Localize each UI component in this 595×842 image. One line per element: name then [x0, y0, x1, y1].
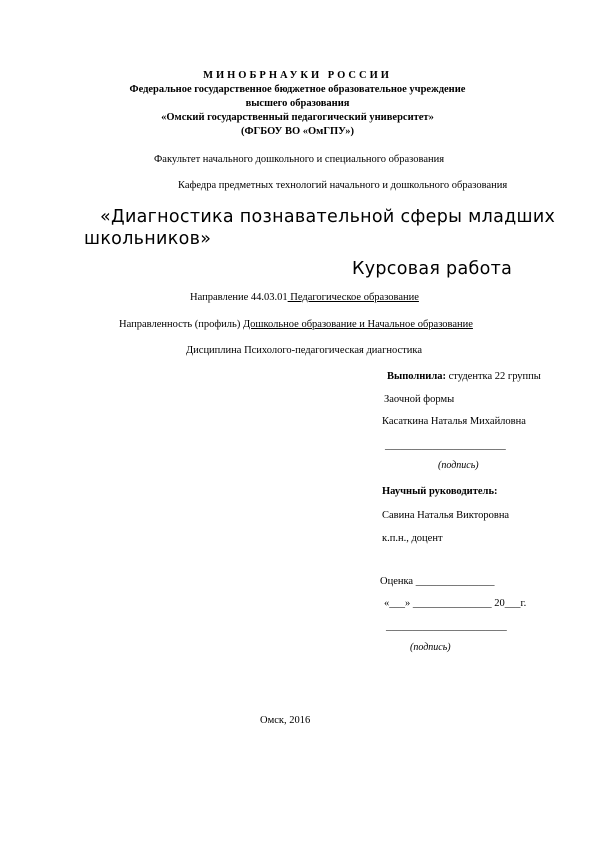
student-name: Касаткина Наталья Михайловна: [382, 416, 526, 428]
grade-line: Оценка _______________: [380, 576, 494, 588]
work-type: Курсовая работа: [352, 258, 512, 280]
faculty-name: Факультет начального дошкольного и специ…: [154, 154, 444, 166]
grader-signature-caption: (подпись): [410, 642, 451, 654]
direction-line: Направление 44.03.01 Педагогическое обра…: [190, 292, 419, 304]
profile-label: Направленность (профиль): [119, 319, 243, 330]
department-name: Кафедра предметных технологий начального…: [178, 180, 507, 192]
grade-label: Оценка: [380, 576, 416, 587]
university-abbr: (ФГБОУ ВО «ОмГПУ»): [0, 126, 595, 138]
direction-value: Педагогическое образование: [288, 292, 419, 303]
grade-blank: _______________: [416, 576, 495, 587]
university-name: «Омский государственный педагогический у…: [0, 112, 595, 124]
institution-type: Федеральное государственное бюджетное об…: [0, 84, 595, 96]
city-year: Омск, 2016: [260, 715, 310, 727]
date-line: «___» _______________ 20___г.: [384, 598, 526, 610]
grader-signature-line: _______________________: [386, 621, 507, 633]
profile-line: Направленность (профиль) Дошкольное обра…: [119, 319, 473, 331]
document-page: МИНОБРНАУКИ РОССИИ Федеральное государст…: [0, 0, 595, 842]
institution-level: высшего образования: [0, 98, 595, 110]
student-line: Выполнила: студентка 22 группы: [387, 371, 541, 383]
ministry-heading: МИНОБРНАУКИ РОССИИ: [0, 70, 595, 82]
supervisor-degree: к.п.н., доцент: [382, 533, 443, 545]
supervisor-name: Савина Наталья Викторовна: [382, 510, 509, 522]
profile-value: Дошкольное образование и Начальное образ…: [243, 319, 473, 330]
student-signature-caption: (подпись): [438, 460, 479, 472]
title-line-2: школьников»: [84, 228, 211, 250]
student-label: Выполнила:: [387, 371, 446, 382]
discipline-line: Дисциплина Психолого-педагогическая диаг…: [186, 345, 422, 357]
supervisor-label: Научный руководитель:: [382, 486, 498, 498]
study-form: Заочной формы: [384, 394, 454, 406]
student-group: студентка 22 группы: [446, 371, 541, 382]
direction-label: Направление 44.03.01: [190, 292, 288, 303]
title-line-1: «Диагностика познавательной сферы младши…: [100, 206, 555, 228]
student-signature-line: _______________________: [385, 440, 506, 452]
